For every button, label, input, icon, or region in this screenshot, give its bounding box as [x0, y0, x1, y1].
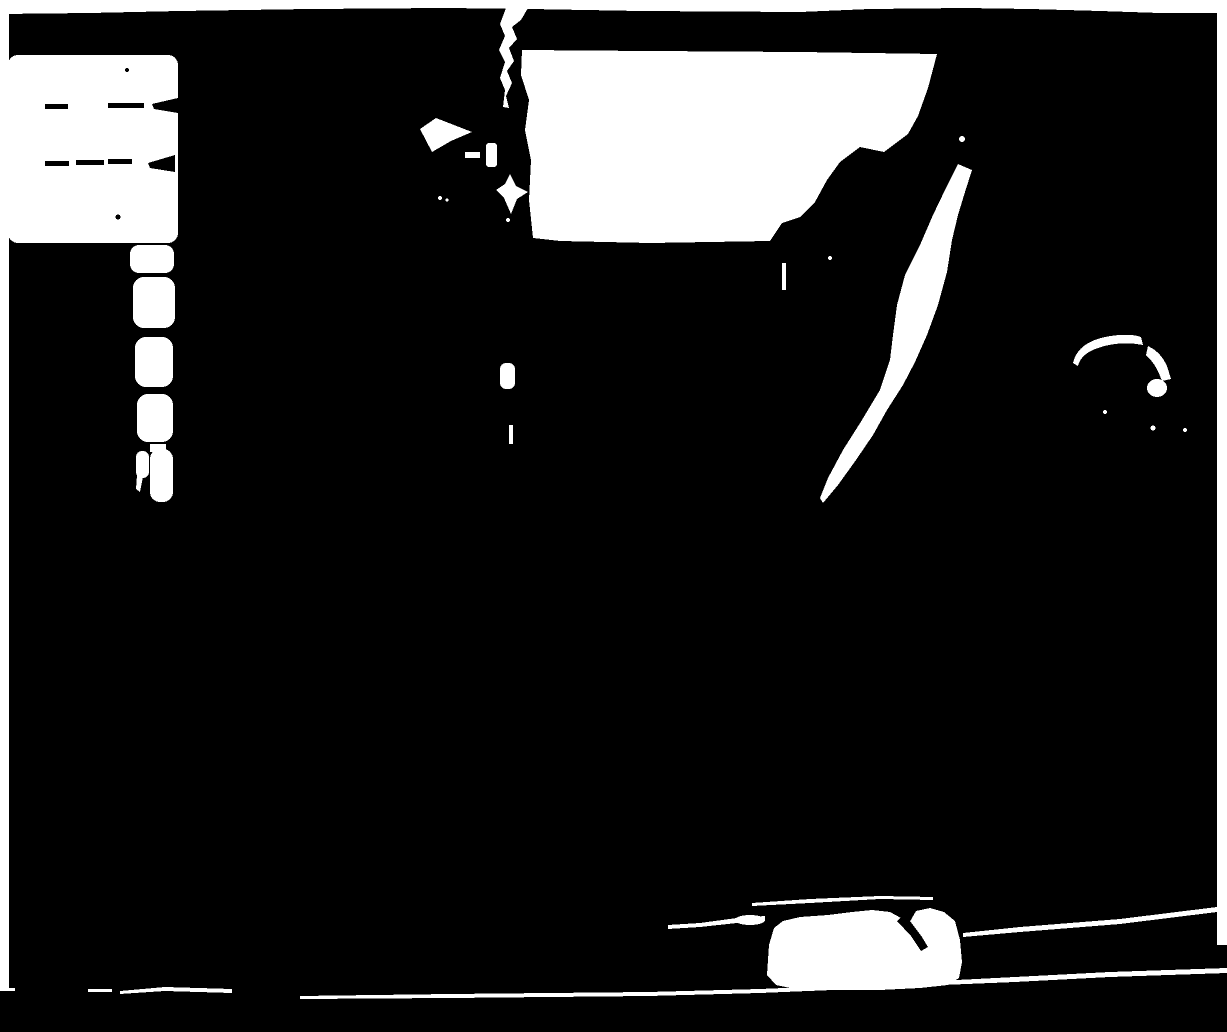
block-crack-2c: [108, 159, 132, 164]
desk-front-seg-2: [88, 989, 112, 992]
collar-reflection-dot: [828, 256, 832, 260]
hand-blob: [767, 908, 962, 990]
glasses-dot-1: [1103, 410, 1107, 414]
block-column-1: [130, 245, 174, 273]
ledge-highlight-blob: [500, 363, 515, 389]
sparkle-dot-1: [438, 196, 442, 200]
highlight-dash: [465, 152, 480, 158]
block-crack-1b: [108, 103, 144, 108]
threshold-image-canvas: [0, 0, 1227, 1032]
block-crack-1a: [45, 104, 68, 109]
desk-front-seg-1: [0, 988, 15, 991]
block-column-2: [133, 277, 175, 328]
head-highlight-dot: [959, 136, 965, 142]
glasses-dot-3: [1183, 428, 1187, 432]
collar-reflection-line: [782, 263, 786, 290]
page-margin-left: [0, 13, 9, 991]
block-column-3: [135, 337, 173, 387]
glasses-dot-2: [1151, 426, 1156, 431]
ledge-highlight-line: [509, 425, 513, 444]
highlight-bar: [486, 143, 497, 167]
block-column-6: [136, 451, 149, 478]
block-panel: [8, 55, 178, 243]
sparkle-dot-3: [506, 218, 510, 222]
thresholded-photo-figure: [0, 0, 1227, 1032]
block-column-5: [150, 449, 173, 502]
sparkle-dot-2: [446, 199, 449, 202]
block-column-4: [137, 394, 173, 442]
glasses-blob: [1147, 379, 1167, 397]
shape-layer: [0, 8, 1227, 1032]
page-margin-right: [1217, 12, 1227, 945]
block-speck-2: [116, 215, 121, 220]
desk-edge-bump: [735, 915, 765, 925]
block-crack-2a: [45, 161, 69, 166]
block-speck-1: [125, 68, 129, 72]
block-crack-2b: [76, 160, 104, 165]
